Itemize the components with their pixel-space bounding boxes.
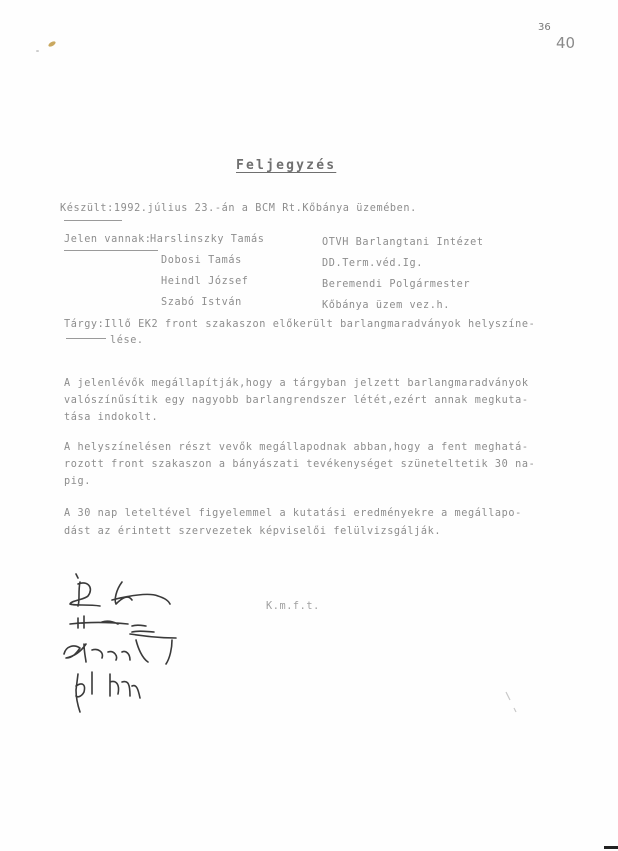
scanned-document-page: 36 40 Feljegyzés Készült:1992.július 23.… [0,0,618,851]
body-line: A jelenlévők megállapítják,hogy a tárgyb… [64,378,529,389]
body-line: valószínűsítik egy nagyobb barlangrendsz… [64,395,529,406]
body-line: rozott front szakaszon a bányászati tevé… [64,459,535,470]
body-line: A helyszínelésen részt vevők megállapodn… [64,442,529,453]
person-name: Harslinszky Tamás [150,234,264,245]
person-name: Szabó István [161,297,242,308]
body-line: dást az érintett szervezetek képviselői … [64,526,441,537]
body-line: A 30 nap leteltével figyelemmel a kutatá… [64,508,522,519]
person-org: DD.Term.véd.Ig. [322,258,423,269]
signature-1 [70,574,170,606]
person-org: Kőbánya üzem vez.h. [322,300,450,311]
faint-mark [500,688,530,718]
subject-underline [66,338,106,339]
ink-smudge [36,50,39,52]
page-number-old: 36 [538,22,551,33]
made-underline [64,220,122,221]
body-line: tása indokolt. [64,412,158,423]
closing-kmft: K.m.f.t. [266,601,320,612]
ink-smudge [48,40,57,47]
signature-3 [64,634,176,664]
present-underline [64,250,158,251]
made-line: Készült:1992.július 23.-án a BCM Rt.Kőbá… [60,203,417,214]
signatures-block [58,570,208,730]
present-label: Jelen vannak: [64,234,152,245]
person-org: OTVH Barlangtani Intézet [322,237,484,248]
scan-edge-mark [604,846,618,849]
person-name: Dobosi Tamás [161,255,242,266]
subject-line-1: Tárgy:Illő EK2 front szakaszon előkerült… [64,319,535,330]
document-title: Feljegyzés [236,158,336,173]
subject-line-2: lése. [110,335,144,346]
page-number-new: 40 [556,34,575,52]
signature-2 [70,616,154,632]
signature-4 [76,672,140,712]
body-line: pig. [64,476,91,487]
person-org: Beremendi Polgármester [322,279,470,290]
person-name: Heindl József [161,276,249,287]
